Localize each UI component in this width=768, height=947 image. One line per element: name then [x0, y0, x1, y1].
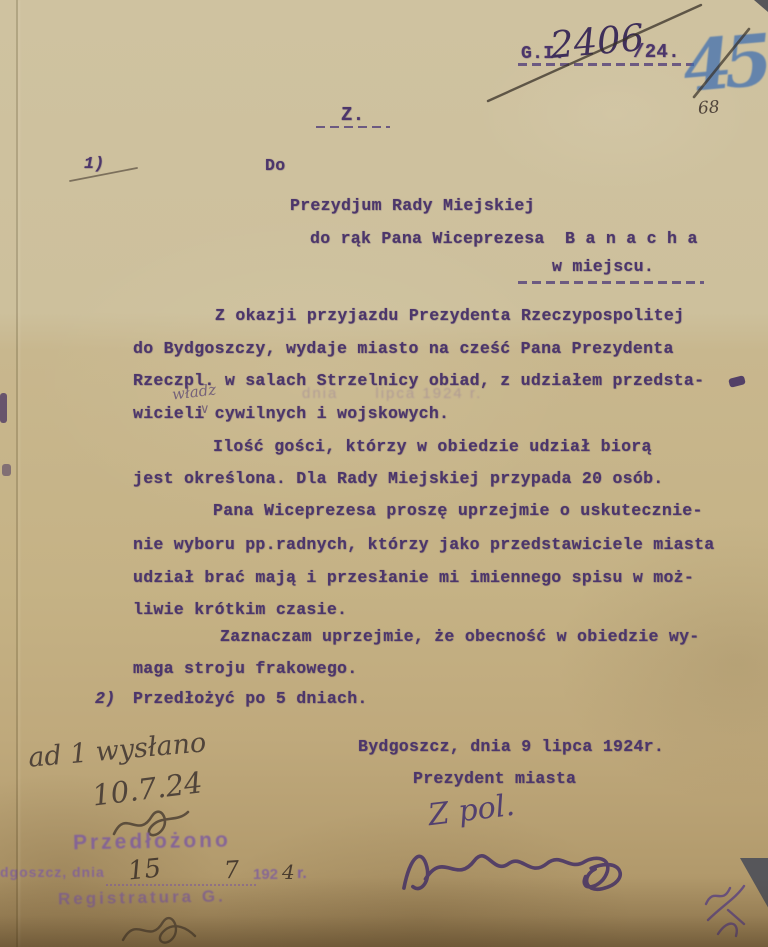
przedlozono-stamp: Przedłożono [73, 829, 231, 856]
scanned-letter-page: G.I. 2406 /24. 45 68 Z. 1) Do Prezydjum … [0, 0, 768, 947]
registratura-stamp: Registratura G. [58, 887, 226, 910]
margin-mark [2, 464, 11, 476]
president-signature [393, 824, 647, 912]
address-line2: do rąk Pana Wiceprezesa B a n a c h a [310, 229, 698, 248]
dateline: Bydgoszcz, dnia 9 lipca 1924r. [358, 737, 664, 756]
address-underline [518, 281, 704, 284]
body-line: wicieli cywilnych i wojskowych. [133, 404, 449, 423]
body-line: liwie krótkim czasie. [133, 600, 347, 619]
body-line: maga stroju frakowego. [133, 659, 357, 678]
address-line1: Prezydjum Rady Miejskiej [290, 196, 535, 215]
letter-mark: Z. [341, 104, 364, 126]
stamp-year-suffix: r. [297, 865, 307, 883]
body-line: Ilość gości, którzy w obiedzie udział bi… [213, 437, 652, 456]
stamp-year-digit-handwritten: 4 [282, 860, 295, 884]
body-line: Z okazji przyjazdu Prezydenta Rzeczyposp… [215, 306, 684, 325]
paper-crease [16, 0, 18, 947]
body-line: Rzeczpl. w salach Strzelnicy obiad, z ud… [133, 371, 704, 390]
body-line: nie wyboru pp.radnych, którzy jako przed… [133, 535, 715, 554]
body-line: Pana Wiceprezesa proszę uprzejmie o usku… [213, 501, 703, 520]
stamp-month-handwritten: 7 [223, 856, 240, 885]
signer-title: Prezydent miasta [413, 769, 576, 788]
bottom-right-mark [698, 876, 753, 941]
letter-mark-underline [316, 126, 390, 128]
stamp-year-printed: 192 [253, 866, 278, 883]
disposition-two: 2) [95, 689, 115, 708]
body-line: Zaznaczam uprzejmie, że obecność w obied… [220, 627, 699, 646]
insertion-caret: ∨ [200, 402, 210, 417]
address-line3: w miejscu. [552, 257, 654, 276]
salutation: Do [265, 156, 285, 175]
margin-mark [0, 393, 7, 423]
disposition-two-text: Przedłożyć po 5 dniach. [133, 689, 368, 708]
stamp-day-handwritten: 15 [127, 853, 163, 886]
disposition-one: 1) [84, 154, 104, 173]
body-line: do Bydgoszczy, wydaje miasto na cześć Pa… [133, 339, 674, 358]
registratura-paraph [115, 910, 205, 947]
body-line: udział brać mają i przesłanie mi imienne… [133, 568, 694, 587]
body-line: jest określona. Dla Rady Miejskiej przyp… [133, 469, 663, 488]
